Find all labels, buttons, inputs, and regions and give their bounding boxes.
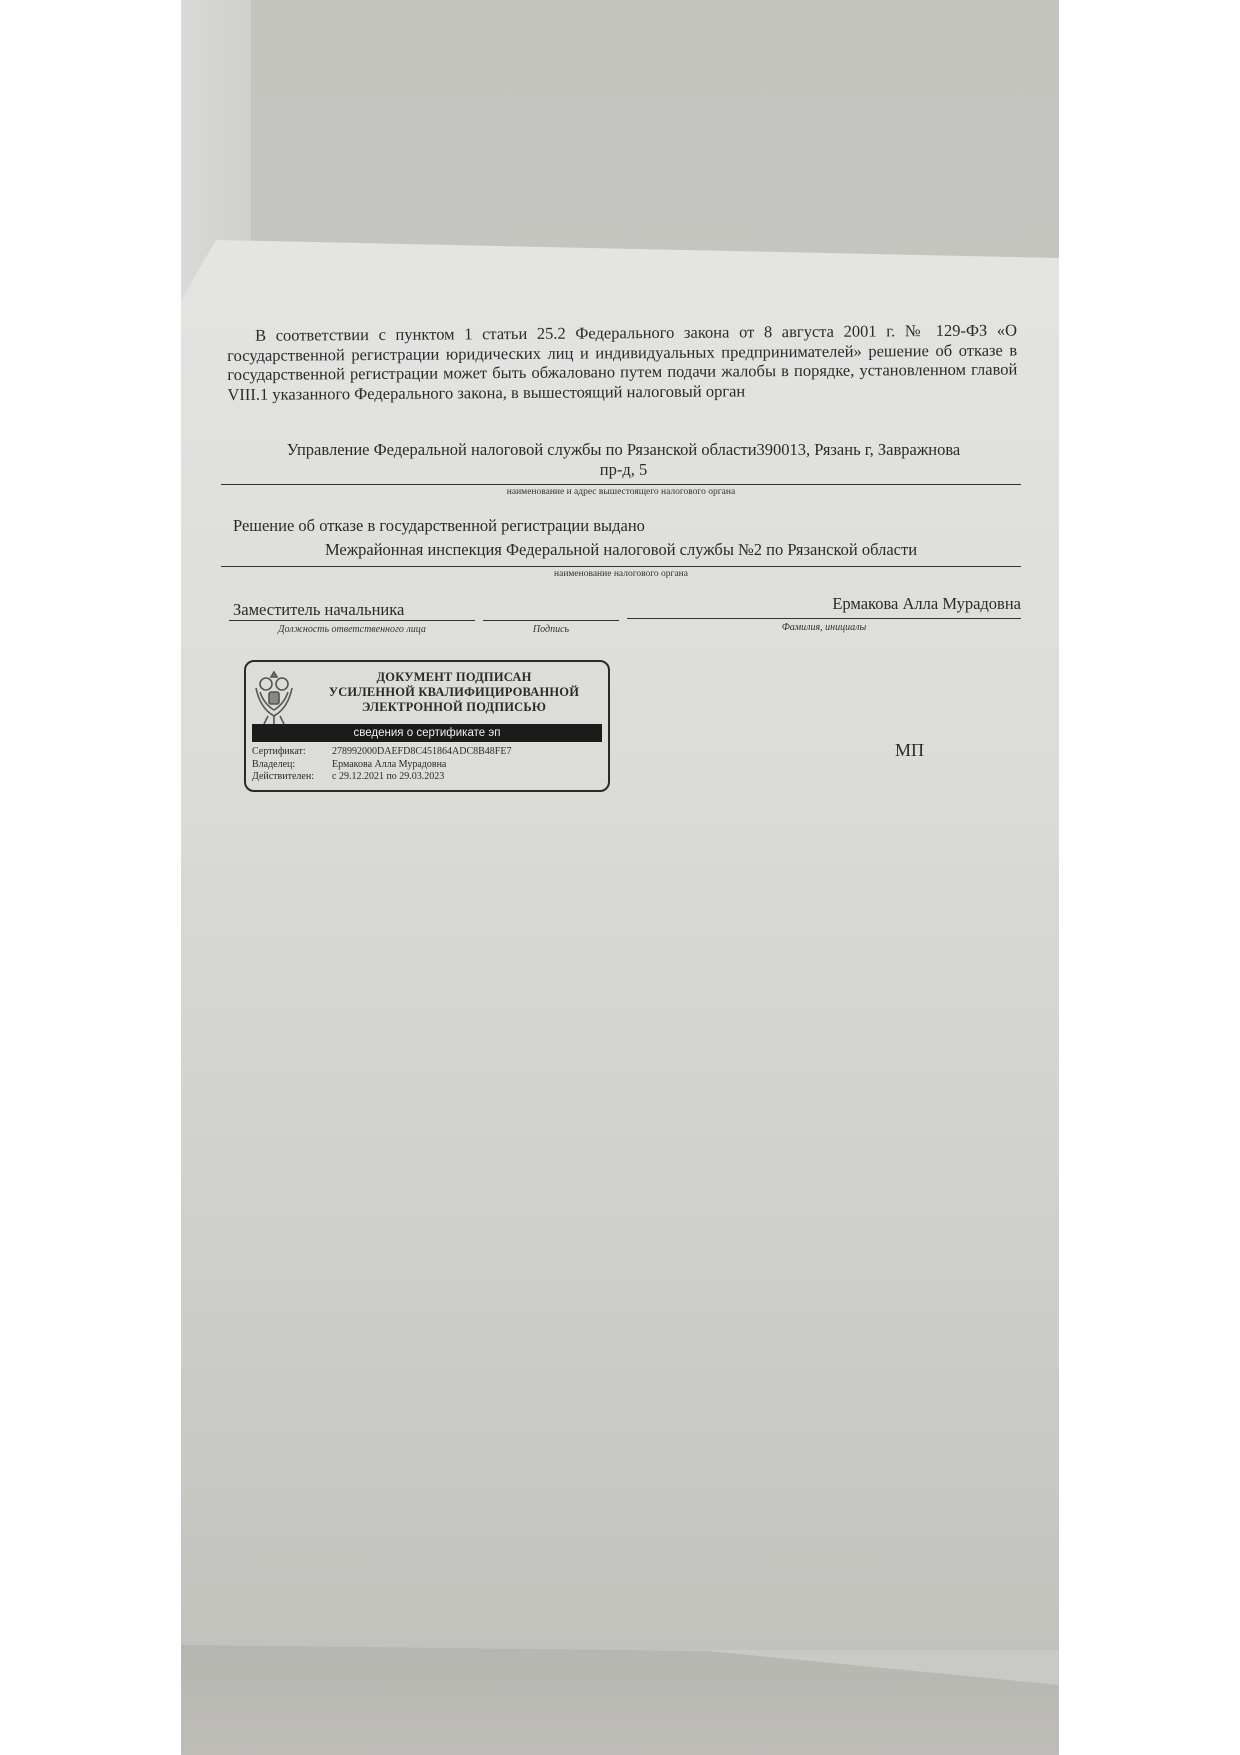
stamp-title: ДОКУМЕНТ ПОДПИСАН УСИЛЕННОЙ КВАЛИФИЦИРОВ…	[306, 670, 602, 715]
appeal-paragraph: В соответствии с пунктом 1 статьи 25.2 Ф…	[227, 320, 1018, 404]
validity-label: Действителен:	[252, 771, 332, 784]
higher-authority-line1: Управление Федеральной налоговой службы …	[226, 440, 1021, 460]
owner-value: Ермакова Алла Мурадовна	[332, 759, 446, 772]
position-underline	[229, 620, 475, 621]
certificate-info-bar: сведения о сертификате эп	[252, 724, 602, 742]
stamp-title-line1: ДОКУМЕНТ ПОДПИСАН	[306, 670, 602, 685]
russian-coat-of-arms-icon	[252, 668, 296, 726]
name-underline	[627, 618, 1021, 619]
stamp-title-line2: УСИЛЕННОЙ КВАЛИФИЦИРОВАННОЙ	[306, 685, 602, 700]
signature-underline	[483, 620, 619, 621]
document-content: В соответствии с пунктом 1 статьи 25.2 Ф…	[181, 0, 1059, 1755]
validity-value: с 29.12.2021 по 29.03.2023	[332, 771, 444, 784]
higher-authority-line2: пр-д, 5	[226, 460, 1021, 480]
seal-place-mark: МП	[895, 740, 924, 761]
validity-row: Действителен: с 29.12.2021 по 29.03.2023	[252, 771, 511, 784]
certificate-label: Сертификат:	[252, 746, 332, 759]
certificate-row: Сертификат: 278992000DAEFD8C451864ADC8B4…	[252, 746, 511, 759]
issued-by-underline	[221, 566, 1021, 567]
issued-by-caption: наименование налогового органа	[221, 569, 1021, 579]
document-photo: В соответствии с пунктом 1 статьи 25.2 Ф…	[181, 0, 1059, 1755]
higher-authority-caption: наименование и адрес вышестоящего налого…	[221, 487, 1021, 497]
certificate-value: 278992000DAEFD8C451864ADC8B48FE7	[332, 746, 511, 759]
name-caption: Фамилия, инициалы	[627, 622, 1021, 633]
higher-authority-value: Управление Федеральной налоговой службы …	[226, 440, 1021, 480]
signatory-position: Заместитель начальника	[233, 600, 404, 620]
issued-by-value: Межрайонная инспекция Федеральной налого…	[221, 540, 1021, 560]
appeal-paragraph-text: В соответствии с пунктом 1 статьи 25.2 Ф…	[227, 320, 1017, 403]
electronic-signature-stamp: ДОКУМЕНТ ПОДПИСАН УСИЛЕННОЙ КВАЛИФИЦИРОВ…	[244, 660, 610, 792]
stamp-title-line3: ЭЛЕКТРОННОЙ ПОДПИСЬЮ	[306, 700, 602, 715]
certificate-details: Сертификат: 278992000DAEFD8C451864ADC8B4…	[252, 746, 511, 784]
signatory-name: Ермакова Алла Мурадовна	[711, 594, 1021, 614]
owner-row: Владелец: Ермакова Алла Мурадовна	[252, 759, 511, 772]
signature-caption: Подпись	[483, 624, 619, 635]
position-caption: Должность ответственного лица	[229, 624, 475, 635]
higher-authority-underline	[221, 484, 1021, 485]
owner-label: Владелец:	[252, 759, 332, 772]
issued-by-label: Решение об отказе в государственной реги…	[233, 516, 645, 536]
